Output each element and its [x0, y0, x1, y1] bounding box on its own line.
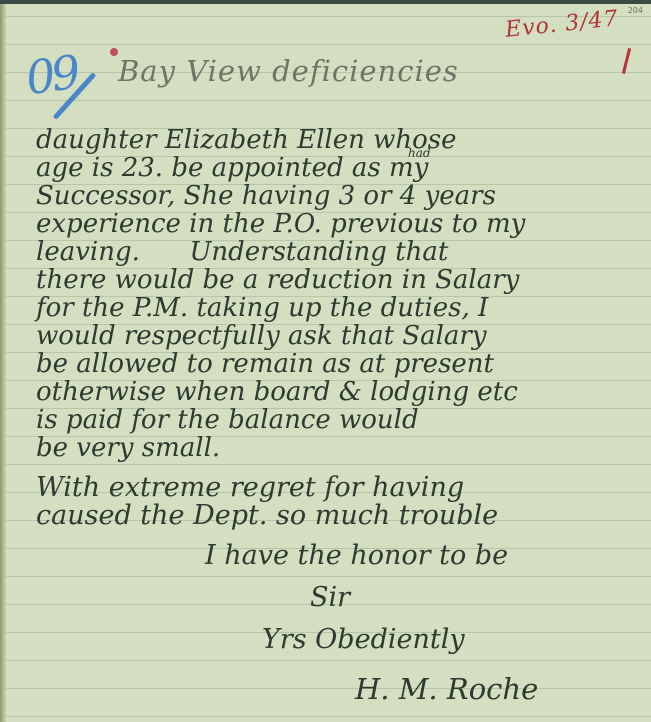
complimentary-close: Yrs Obediently	[262, 624, 465, 655]
reference-note: Evo. 3/47	[504, 6, 620, 43]
body-line: for the P.M. taking up the duties, I	[36, 294, 636, 322]
red-dot-mark-icon	[110, 48, 118, 56]
title-text: Bay View deficiencies	[118, 54, 459, 88]
letter-title: Bay View deficiencies	[118, 54, 459, 88]
red-tick-mark-icon	[622, 48, 631, 74]
letter-page: 204 Evo. 3/47 09 Bay View deficiencies h…	[0, 4, 651, 722]
body-line: there would be a reduction in Salary	[36, 266, 636, 294]
salutation: Sir	[310, 582, 350, 613]
closing-line: With extreme regret for having	[36, 472, 464, 503]
body-line: experience in the P.O. previous to my	[36, 210, 636, 238]
body-line: otherwise when board & lodging etc	[36, 378, 636, 406]
body-line: would respectfully ask that Salary	[36, 322, 636, 350]
body-line: be allowed to remain as at present	[36, 350, 636, 378]
body-line: Successor, She having 3 or 4 years	[36, 182, 636, 210]
closing-line: caused the Dept. so much trouble	[36, 500, 498, 531]
body-line: age is 23. be appointed as my	[36, 154, 636, 182]
signature: H. M. Roche	[355, 672, 538, 706]
letter-body: daughter Elizabeth Ellen whose age is 23…	[36, 126, 636, 462]
body-line: be very small.	[36, 434, 636, 462]
valediction: I have the honor to be	[205, 540, 508, 571]
page-binding-edge	[0, 4, 6, 722]
body-line: is paid for the balance would	[36, 406, 636, 434]
body-line: daughter Elizabeth Ellen whose	[36, 126, 636, 154]
body-line: leaving. Understanding that	[36, 238, 636, 266]
page-number: 204	[628, 6, 643, 15]
